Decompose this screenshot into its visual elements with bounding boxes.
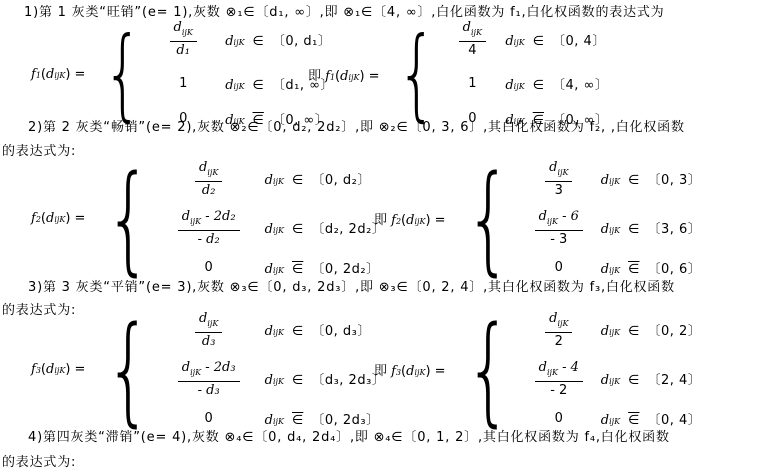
interval: 〔0, d₃〕 bbox=[311, 320, 371, 339]
numerator-variable: d bbox=[539, 209, 547, 224]
case-row: 0 dijK∈〔0, ∞〕 bbox=[449, 109, 608, 128]
case-row: 0 dijK∈〔0, 4〕 bbox=[527, 409, 701, 428]
variable-d: d bbox=[601, 173, 609, 188]
condition: dijK∈〔0, 4〕 bbox=[601, 409, 701, 428]
element-of-symbol: ∈ bbox=[292, 373, 303, 388]
interval: 〔0, d₂〕 bbox=[311, 169, 371, 188]
fraction: dijK2 bbox=[545, 311, 572, 349]
variable-d: d bbox=[340, 69, 348, 84]
numerator-tail: - 6 bbox=[558, 209, 579, 224]
variable-d: d bbox=[601, 222, 609, 237]
left-brace: { bbox=[105, 164, 152, 273]
element-of-symbol: ∈ bbox=[628, 173, 639, 188]
numerator-subscript: ijK bbox=[207, 168, 218, 177]
interval: 〔0, 4〕 bbox=[647, 409, 701, 428]
numerator-tail: - 4 bbox=[558, 360, 579, 375]
condition: dijK∈〔0, ∞〕 bbox=[505, 109, 608, 128]
numerator-tail: - 2d₃ bbox=[201, 360, 235, 375]
variable-subscript: ijK bbox=[609, 328, 620, 337]
left-brace: { bbox=[105, 315, 152, 424]
variable-d: d bbox=[601, 373, 609, 388]
condition: dijK∈〔0, d₃〕 bbox=[265, 320, 371, 339]
numerator-subscript: ijK bbox=[190, 217, 201, 226]
formula-lhs: 即 f3(dijK) = bbox=[374, 360, 450, 379]
fraction: dijKd₂ bbox=[195, 160, 222, 198]
numerator-variable: d bbox=[182, 360, 190, 375]
case-value: 1 bbox=[155, 76, 211, 91]
denominator: 3 bbox=[545, 181, 572, 198]
not-element-symbol: ∈ bbox=[292, 262, 303, 277]
case-row: dijK - 6- 3 dijK∈〔3, 6〕 bbox=[527, 209, 701, 247]
variable-d: d bbox=[505, 78, 513, 93]
fraction: dijK - 2d₂- d₂ bbox=[178, 209, 240, 247]
piecewise-cases: dijK2 dijK∈〔0, 2〕 dijK - 4- 2 dijK∈〔2, 4… bbox=[527, 311, 701, 428]
numerator-subscript: ijK bbox=[547, 217, 558, 226]
case-value: 0 bbox=[167, 411, 251, 426]
variable-d: d bbox=[265, 173, 273, 188]
case-row: dijK3 dijK∈〔0, 3〕 bbox=[527, 160, 701, 198]
piecewise-cases: dijK4 dijK∈〔0, 4〕 1 dijK∈〔4, ∞〕 0 dijK∈〔… bbox=[449, 20, 608, 128]
numerator-variable: d bbox=[463, 20, 471, 35]
fraction: dijK - 2d₃- d₃ bbox=[178, 360, 240, 398]
numerator-subscript: ijK bbox=[557, 319, 568, 328]
variable-subscript: ijK bbox=[514, 38, 525, 47]
formula-f3-numeric: 即 f3(dijK) = { dijK2 dijK∈〔0, 2〕 dijK - … bbox=[374, 312, 701, 426]
denominator: d₃ bbox=[195, 332, 222, 349]
condition: dijK∈〔0, 2d₃〕 bbox=[265, 409, 380, 428]
case-value: 0 bbox=[155, 111, 211, 126]
condition: dijK∈〔2, 4〕 bbox=[601, 369, 701, 388]
variable-subscript: ijK bbox=[54, 71, 65, 80]
section4-intro-continuation: 的表达式为: bbox=[2, 454, 76, 471]
variable-subscript: ijK bbox=[273, 226, 284, 235]
fraction: dijK - 4- 2 bbox=[535, 360, 583, 398]
variable-d: d bbox=[46, 67, 54, 82]
not-element-symbol: ∈ bbox=[253, 113, 264, 128]
equals-sign: = bbox=[70, 67, 89, 82]
fraction: dijK3 bbox=[545, 160, 572, 198]
case-row: dijK - 4- 2 dijK∈〔2, 4〕 bbox=[527, 360, 701, 398]
formula-lhs: 即 f1(dijK) = bbox=[308, 65, 384, 84]
not-element-symbol: ∈ bbox=[533, 113, 544, 128]
numerator-subscript: ijK bbox=[190, 368, 201, 377]
variable-subscript: ijK bbox=[514, 117, 525, 126]
case-row: dijK - 2d₂- d₂ dijK∈〔d₂, 2d₂〕 bbox=[167, 209, 386, 247]
element-of-symbol: ∈ bbox=[253, 78, 264, 93]
numerator-subscript: ijK bbox=[557, 168, 568, 177]
condition: dijK∈〔3, 6〕 bbox=[601, 218, 701, 237]
denominator: - 3 bbox=[535, 230, 583, 247]
case-row: 0 dijK∈〔0, 6〕 bbox=[527, 258, 701, 277]
equals-sign: = bbox=[431, 364, 450, 379]
formula-lhs: f2(dijK) = bbox=[31, 211, 90, 226]
variable-subscript: ijK bbox=[348, 73, 359, 82]
variable-subscript: ijK bbox=[609, 417, 620, 426]
variable-subscript: ijK bbox=[273, 177, 284, 186]
denominator: - 2 bbox=[535, 381, 583, 398]
formula-lhs: f3(dijK) = bbox=[31, 362, 90, 377]
denominator: 4 bbox=[459, 41, 486, 58]
piecewise-cases: dijKd₃ dijK∈〔0, d₃〕 dijK - 2d₃- d₃ dijK∈… bbox=[167, 311, 386, 428]
formula-lhs: f1(dijK) = bbox=[31, 67, 90, 82]
formula-f3-symbolic: f3(dijK) = { dijKd₃ dijK∈〔0, d₃〕 dijK - … bbox=[31, 312, 385, 426]
variable-subscript: ijK bbox=[234, 117, 245, 126]
formula-lhs: 即 f2(dijK) = bbox=[374, 209, 450, 228]
variable-subscript: ijK bbox=[609, 177, 620, 186]
variable-subscript: ijK bbox=[414, 368, 425, 377]
equals-sign: = bbox=[70, 211, 89, 226]
fraction: dijK4 bbox=[459, 20, 486, 58]
left-brace: { bbox=[465, 315, 512, 424]
interval: 〔3, 6〕 bbox=[647, 218, 701, 237]
denominator: - d₂ bbox=[178, 230, 240, 247]
element-of-symbol: ∈ bbox=[292, 173, 303, 188]
element-of-symbol: ∈ bbox=[292, 222, 303, 237]
denominator: d₁ bbox=[170, 41, 197, 58]
case-row: 0 dijK∈〔0, 2d₂〕 bbox=[167, 258, 386, 277]
variable-d: d bbox=[225, 34, 233, 49]
ji-label: 即 bbox=[374, 209, 391, 228]
element-of-symbol: ∈ bbox=[533, 34, 544, 49]
formula-f2-numeric: 即 f2(dijK) = { dijK3 dijK∈〔0, 3〕 dijK - … bbox=[374, 160, 701, 276]
interval: 〔4, ∞〕 bbox=[552, 74, 608, 93]
section2-intro-continuation: 的表达式为: bbox=[2, 143, 76, 160]
interval: 〔0, 3〕 bbox=[647, 169, 701, 188]
numerator-subscript: ijK bbox=[182, 28, 193, 37]
variable-subscript: ijK bbox=[609, 266, 620, 275]
condition: dijK∈〔d₃, 2d₃〕 bbox=[265, 369, 386, 388]
case-value: 1 bbox=[449, 76, 495, 91]
condition: dijK∈〔0, 2〕 bbox=[601, 320, 701, 339]
denominator: d₂ bbox=[195, 181, 222, 198]
variable-d: d bbox=[265, 373, 273, 388]
condition: dijK∈〔0, d₂〕 bbox=[265, 169, 371, 188]
numerator-variable: d bbox=[182, 209, 190, 224]
condition: dijK∈〔0, 3〕 bbox=[601, 169, 701, 188]
variable-d: d bbox=[265, 262, 273, 277]
variable-subscript: ijK bbox=[273, 417, 284, 426]
equals-sign: = bbox=[431, 213, 450, 228]
element-of-symbol: ∈ bbox=[533, 78, 544, 93]
formula-f1-numeric: 即 f1(dijK) = { dijK4 dijK∈〔0, 4〕 1 dijK∈… bbox=[308, 26, 608, 122]
variable-d: d bbox=[46, 362, 54, 377]
variable-d: d bbox=[265, 222, 273, 237]
variable-d: d bbox=[601, 262, 609, 277]
formula-f2-symbolic: f2(dijK) = { dijKd₂ dijK∈〔0, d₂〕 dijK - … bbox=[31, 160, 385, 276]
interval: 〔0, ∞〕 bbox=[552, 109, 608, 128]
equals-sign: = bbox=[70, 362, 89, 377]
interval: 〔0, 2d₂〕 bbox=[311, 258, 379, 277]
condition: dijK∈〔d₂, 2d₂〕 bbox=[265, 218, 386, 237]
fraction: dijKd₁ bbox=[170, 20, 197, 58]
variable-subscript: ijK bbox=[273, 266, 284, 275]
interval: 〔0, 2〕 bbox=[647, 320, 701, 339]
case-row: 0 dijK∈〔0, 2d₃〕 bbox=[167, 409, 386, 428]
equals-sign: = bbox=[365, 69, 384, 84]
numerator-subscript: ijK bbox=[207, 319, 218, 328]
condition: dijK∈〔0, 2d₂〕 bbox=[265, 258, 380, 277]
case-value: 0 bbox=[527, 411, 591, 426]
variable-d: d bbox=[225, 113, 233, 128]
variable-d: d bbox=[225, 78, 233, 93]
not-element-symbol: ∈ bbox=[628, 262, 639, 277]
piecewise-cases: dijKd₂ dijK∈〔0, d₂〕 dijK - 2d₂- d₂ dijK∈… bbox=[167, 160, 386, 277]
case-row: dijK - 2d₃- d₃ dijK∈〔d₃, 2d₃〕 bbox=[167, 360, 386, 398]
interval: 〔2, 4〕 bbox=[647, 369, 701, 388]
variable-d: d bbox=[265, 413, 273, 428]
variable-subscript: ijK bbox=[273, 328, 284, 337]
ji-label: 即 bbox=[374, 360, 391, 379]
left-brace: { bbox=[103, 28, 142, 120]
numerator-subscript: ijK bbox=[547, 368, 558, 377]
condition: dijK∈〔0, 4〕 bbox=[505, 30, 605, 49]
ji-label: 即 bbox=[308, 65, 325, 84]
variable-subscript: ijK bbox=[609, 226, 620, 235]
variable-subscript: ijK bbox=[273, 377, 284, 386]
variable-d: d bbox=[265, 324, 273, 339]
case-value: 0 bbox=[449, 111, 495, 126]
interval: 〔0, 2d₃〕 bbox=[311, 409, 379, 428]
variable-subscript: ijK bbox=[514, 82, 525, 91]
variable-d: d bbox=[46, 211, 54, 226]
variable-subscript: ijK bbox=[234, 38, 245, 47]
case-value: 0 bbox=[167, 260, 251, 275]
case-value: 0 bbox=[527, 260, 591, 275]
variable-subscript: ijK bbox=[609, 377, 620, 386]
condition: dijK∈〔0, 6〕 bbox=[601, 258, 701, 277]
variable-d: d bbox=[601, 413, 609, 428]
variable-d: d bbox=[406, 364, 414, 379]
not-element-symbol: ∈ bbox=[628, 413, 639, 428]
variable-d: d bbox=[505, 34, 513, 49]
fraction: dijKd₃ bbox=[195, 311, 222, 349]
piecewise-cases: dijK3 dijK∈〔0, 3〕 dijK - 6- 3 dijK∈〔3, 6… bbox=[527, 160, 701, 277]
variable-d: d bbox=[406, 213, 414, 228]
element-of-symbol: ∈ bbox=[292, 324, 303, 339]
element-of-symbol: ∈ bbox=[628, 324, 639, 339]
formula-f1-symbolic: f1(dijK) = { dijKd₁ dijK∈〔0, d₁〕 1 dijK∈… bbox=[31, 26, 334, 122]
case-row: dijKd₂ dijK∈〔0, d₂〕 bbox=[167, 160, 386, 198]
left-brace: { bbox=[465, 164, 512, 273]
element-of-symbol: ∈ bbox=[628, 373, 639, 388]
interval: 〔0, 6〕 bbox=[647, 258, 701, 277]
interval: 〔0, 4〕 bbox=[552, 30, 606, 49]
denominator: 2 bbox=[545, 332, 572, 349]
variable-d: d bbox=[601, 324, 609, 339]
left-brace: { bbox=[397, 28, 436, 120]
case-row: dijKd₃ dijK∈〔0, d₃〕 bbox=[167, 311, 386, 349]
numerator-tail: - 2d₂ bbox=[201, 209, 235, 224]
variable-subscript: ijK bbox=[54, 366, 65, 375]
numerator-subscript: ijK bbox=[471, 28, 482, 37]
element-of-symbol: ∈ bbox=[253, 34, 264, 49]
condition: dijK∈〔4, ∞〕 bbox=[505, 74, 608, 93]
variable-subscript: ijK bbox=[54, 215, 65, 224]
denominator: - d₃ bbox=[178, 381, 240, 398]
case-row: 1 dijK∈〔4, ∞〕 bbox=[449, 74, 608, 93]
not-element-symbol: ∈ bbox=[292, 413, 303, 428]
variable-d: d bbox=[505, 113, 513, 128]
numerator-variable: d bbox=[174, 20, 182, 35]
variable-subscript: ijK bbox=[234, 82, 245, 91]
fraction: dijK - 6- 3 bbox=[535, 209, 583, 247]
case-row: dijK2 dijK∈〔0, 2〕 bbox=[527, 311, 701, 349]
numerator-variable: d bbox=[539, 360, 547, 375]
variable-subscript: ijK bbox=[414, 217, 425, 226]
case-row: dijK4 dijK∈〔0, 4〕 bbox=[449, 20, 608, 58]
element-of-symbol: ∈ bbox=[628, 222, 639, 237]
